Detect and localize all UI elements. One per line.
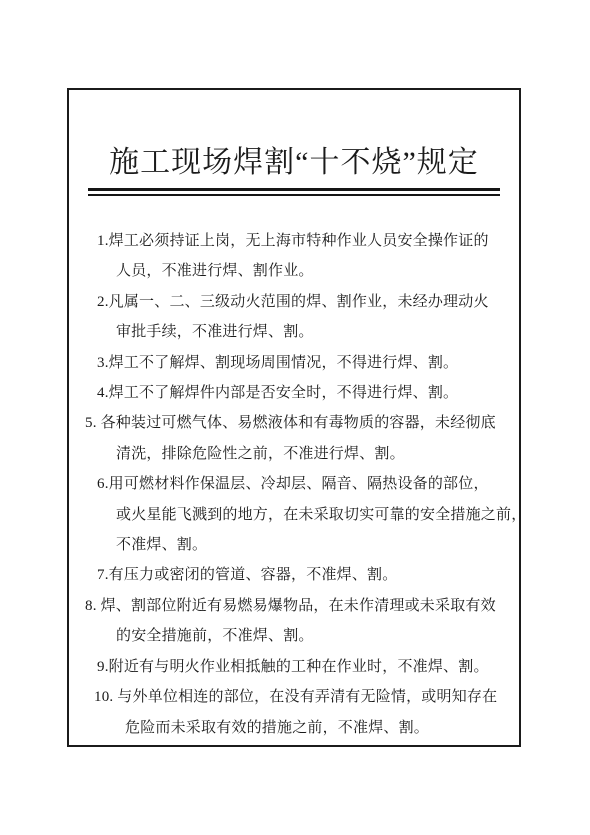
page: 施工现场焊割“十不烧”规定 1.焊工必须持证上岗，无上海市特种作业人员安全操作证… xyxy=(0,0,590,835)
document-title: 施工现场焊割“十不烧”规定 xyxy=(69,146,519,180)
rule-line: 2.凡属一、二、三级动火范围的焊、割作业，未经办理动火 xyxy=(97,287,513,317)
rule-line: 5. 各种装过可燃气体、易燃液体和有毒物质的容器，未经彻底 xyxy=(85,408,513,438)
rule-item-9: 9.附近有与明火作业相抵触的工种在作业时，不准焊、割。 xyxy=(97,652,513,682)
rule-item-4: 4.焊工不了解焊件内部是否安全时，不得进行焊、割。 xyxy=(97,378,513,408)
rule-item-2: 2.凡属一、二、三级动火范围的焊、割作业，未经办理动火审批手续，不准进行焊、割。 xyxy=(97,287,513,348)
rule-item-10: 10. 与外单位相连的部位，在没有弄清有无险情，或明知存在危险而未采取有效的措施… xyxy=(97,682,513,743)
rule-line: 6.用可燃材料作保温层、冷却层、隔音、隔热设备的部位， xyxy=(97,469,513,499)
rule-line: 8. 焊、割部位附近有易燃易爆物品，在未作清理或未采取有效 xyxy=(85,591,513,621)
rule-item-3: 3.焊工不了解焊、割现场周围情况，不得进行焊、割。 xyxy=(97,348,513,378)
rule-line: 审批手续，不准进行焊、割。 xyxy=(97,317,513,347)
rule-line: 1.焊工必须持证上岗，无上海市特种作业人员安全操作证的 xyxy=(97,226,513,256)
rule-line: 7.有压力或密闭的管道、容器，不准焊、割。 xyxy=(97,560,513,590)
rule-line: 4.焊工不了解焊件内部是否安全时，不得进行焊、割。 xyxy=(97,378,513,408)
title-underline xyxy=(88,188,500,196)
document-frame: 施工现场焊割“十不烧”规定 1.焊工必须持证上岗，无上海市特种作业人员安全操作证… xyxy=(67,88,521,747)
rule-line: 不准焊、割。 xyxy=(97,530,513,560)
rule-line: 3.焊工不了解焊、割现场周围情况，不得进行焊、割。 xyxy=(97,348,513,378)
rule-line: 10. 与外单位相连的部位，在没有弄清有无险情，或明知存在 xyxy=(94,682,513,712)
rule-item-8: 8. 焊、割部位附近有易燃易爆物品，在未作清理或未采取有效的安全措施前，不准焊、… xyxy=(97,591,513,652)
rule-item-6: 6.用可燃材料作保温层、冷却层、隔音、隔热设备的部位，或火星能飞溅到的地方，在未… xyxy=(97,469,513,560)
rule-line: 9.附近有与明火作业相抵触的工种在作业时，不准焊、割。 xyxy=(97,652,513,682)
rule-item-7: 7.有压力或密闭的管道、容器，不准焊、割。 xyxy=(97,560,513,590)
rule-item-1: 1.焊工必须持证上岗，无上海市特种作业人员安全操作证的人员，不准进行焊、割作业。 xyxy=(97,226,513,287)
rule-line: 危险而未采取有效的措施之前，不准焊、割。 xyxy=(97,713,513,743)
rule-line: 或火星能飞溅到的地方，在未采取切实可靠的安全措施之前， xyxy=(97,500,513,530)
rule-line: 的安全措施前，不准焊、割。 xyxy=(97,621,513,651)
rules-list: 1.焊工必须持证上岗，无上海市特种作业人员安全操作证的人员，不准进行焊、割作业。… xyxy=(97,226,513,743)
rule-item-5: 5. 各种装过可燃气体、易燃液体和有毒物质的容器，未经彻底清洗，排除危险性之前，… xyxy=(97,408,513,469)
rule-line: 人员，不准进行焊、割作业。 xyxy=(97,256,513,286)
rule-line: 清洗，排除危险性之前，不准进行焊、割。 xyxy=(97,439,513,469)
